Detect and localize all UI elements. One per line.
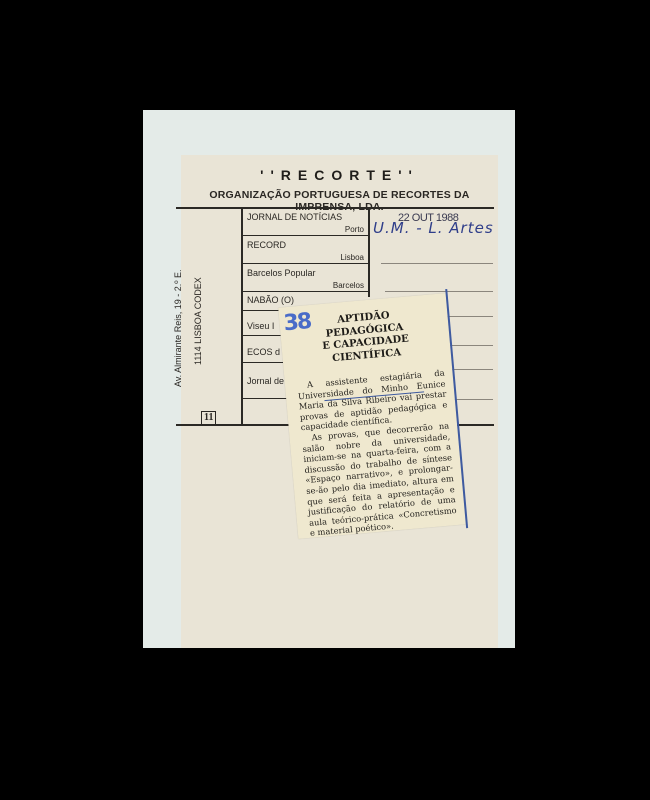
column-divider-left xyxy=(241,207,243,425)
clipping-body: A assistente estagiária da Universidade … xyxy=(297,368,458,539)
card-subtitle: ORGANIZAÇÃO PORTUGUESA DE RECORTES DA IM… xyxy=(181,189,498,213)
clipping-paragraph: As provas, que decorrerão na salão nobre… xyxy=(301,420,458,538)
publication-name: Barcelos Popular xyxy=(247,268,316,278)
publication-name: JORNAL DE NOTÍCIAS xyxy=(247,212,342,222)
page-number: 11 xyxy=(201,411,216,424)
row-divider xyxy=(241,263,369,264)
address-line-2: 1114 LISBOA CODEX xyxy=(193,277,203,365)
publication-name: Jornal de xyxy=(247,376,284,386)
publication-name: NABÃO (O) xyxy=(247,295,294,305)
handwritten-note: U.M. - L. Artes xyxy=(373,219,494,237)
publication-name: RECORD xyxy=(247,240,286,250)
card-title: ''RECORTE'' xyxy=(181,167,498,183)
blank-line xyxy=(385,291,493,292)
publication-name: ECOS d xyxy=(247,347,280,357)
column-divider-right xyxy=(368,207,370,297)
publication-city: Lisboa xyxy=(247,253,364,262)
top-rule xyxy=(176,207,494,209)
newspaper-clipping: 38 APTIDÃO PEDAGÓGICA E CAPACIDADE CIENT… xyxy=(278,293,466,539)
address-line-1: Av. Almirante Reis, 19 - 2.º E. xyxy=(173,269,183,387)
publication-city: Porto xyxy=(247,225,364,234)
row-divider xyxy=(241,291,369,292)
blank-line xyxy=(381,263,493,264)
row-divider xyxy=(241,235,369,236)
publication-name: Viseu I xyxy=(247,321,274,331)
publication-city: Barcelos xyxy=(247,281,364,290)
